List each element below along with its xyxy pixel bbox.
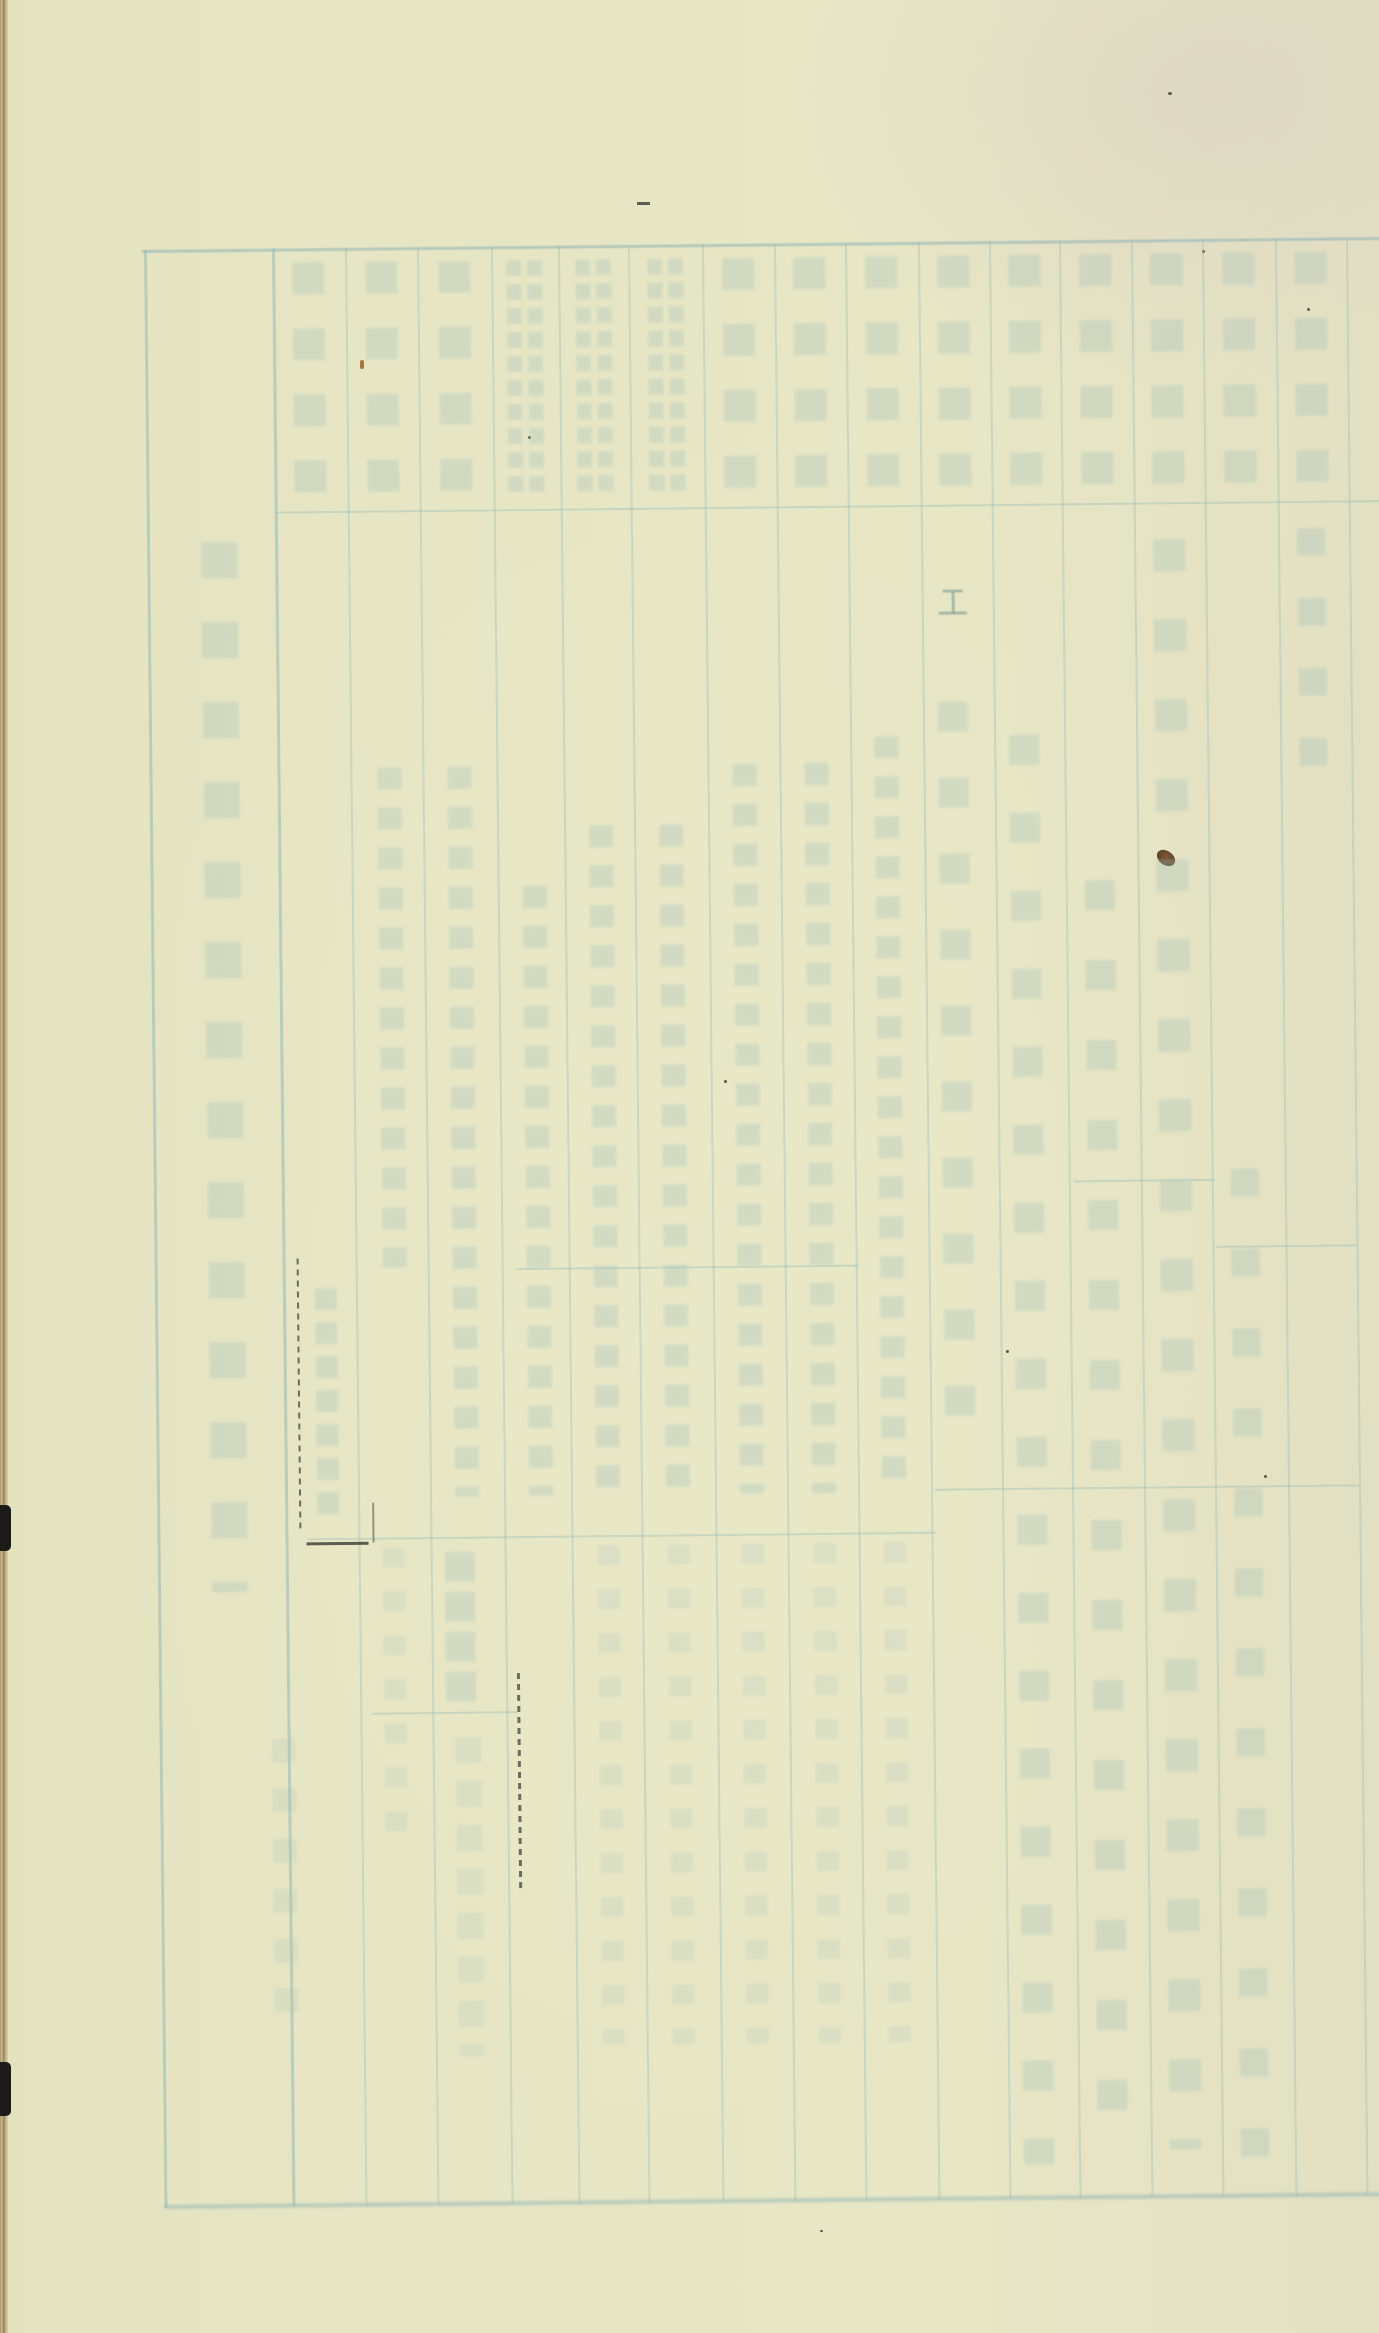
body-ghost-text — [732, 764, 764, 1494]
row-rule — [308, 1532, 936, 1541]
column-rule — [1059, 240, 1082, 2198]
body-ghost-text — [742, 1544, 769, 2044]
header-cell-ghost-text — [722, 258, 757, 498]
header-cell-ghost-text — [1294, 252, 1329, 492]
binding-thread-upper — [0, 1505, 11, 1551]
column-rule — [417, 247, 440, 2205]
header-cell-ghost-text — [527, 260, 545, 500]
body-ghost-text — [874, 736, 906, 1496]
header-row-bottom-rule — [275, 500, 1379, 514]
body-ghost-text — [589, 825, 620, 1495]
ledger-table: 工 — [144, 236, 1379, 2220]
binding-edge — [0, 0, 8, 2333]
body-ghost-text — [938, 701, 976, 1461]
header-cell-ghost-text — [1079, 254, 1114, 494]
stray-dash-mark — [637, 202, 650, 205]
header-cell-ghost-text — [647, 259, 665, 499]
header-cell-ghost-text — [596, 259, 614, 499]
header-cell-ghost-text — [1150, 253, 1185, 493]
header-cell-ghost-text — [438, 261, 473, 501]
header-cell-ghost-text — [292, 262, 327, 502]
header-cell-ghost-text — [793, 257, 828, 497]
header-cell-ghost-text — [575, 259, 593, 499]
legible-glyph-gong: 工 — [937, 586, 969, 618]
header-cell-ghost-text — [365, 261, 400, 501]
column-rule — [845, 243, 868, 2201]
boxed-ghost-text — [445, 1552, 477, 1702]
row-rule — [935, 1484, 1359, 1490]
body-ghost-text — [456, 1737, 485, 2057]
body-ghost-text — [1153, 539, 1202, 2149]
column-rule — [345, 248, 368, 2206]
header-cell-ghost-text — [668, 258, 686, 498]
body-ghost-text — [884, 1542, 911, 2042]
pencil-bracket-line — [297, 1258, 302, 1528]
body-ghost-text — [523, 886, 553, 1496]
table-top-border — [142, 237, 1379, 253]
column-rule — [918, 242, 941, 2200]
header-cell-ghost-text — [1008, 255, 1043, 495]
body-ghost-text — [1085, 880, 1128, 2160]
paper-speck — [820, 2230, 823, 2232]
body-ghost-text — [659, 824, 690, 1494]
header-cell-ghost-text — [937, 255, 972, 495]
column-rule — [1131, 240, 1154, 2198]
body-ghost-text — [804, 763, 836, 1493]
body-ghost-text — [383, 1547, 408, 1847]
table-left-border — [144, 250, 167, 2208]
body-ghost-text — [272, 1738, 299, 2028]
binding-thread-lower — [0, 2062, 11, 2116]
body-ghost-text — [1009, 735, 1054, 2165]
column-rule — [491, 246, 514, 2204]
body-ghost-text — [1231, 1168, 1269, 2158]
body-ghost-text — [598, 1545, 625, 2045]
column-rule — [774, 243, 797, 2201]
body-ghost-text — [814, 1543, 841, 2043]
margin-title-ghost-text — [201, 542, 248, 1592]
column-rule — [989, 241, 1012, 2199]
pencil-vertical-line — [517, 1673, 522, 1893]
body-ghost-text — [1297, 528, 1328, 788]
column-rule — [1346, 237, 1369, 2195]
header-cell-ghost-text — [865, 256, 900, 496]
column-rule — [1275, 238, 1298, 2196]
body-ghost-text — [377, 767, 406, 1267]
column-rule — [628, 245, 651, 2203]
body-ghost-text — [315, 1288, 339, 1518]
paper-speck — [1168, 92, 1172, 95]
body-ghost-text — [668, 1544, 695, 2044]
column-rule — [1202, 239, 1225, 2197]
column-rule — [558, 246, 581, 2204]
column-rule — [702, 244, 725, 2202]
header-cell-ghost-text — [506, 260, 524, 500]
pencil-tick — [372, 1503, 374, 1543]
body-ghost-text — [447, 767, 479, 1497]
table-bottom-border — [164, 2192, 1379, 2209]
header-cell-ghost-text — [1222, 252, 1257, 492]
